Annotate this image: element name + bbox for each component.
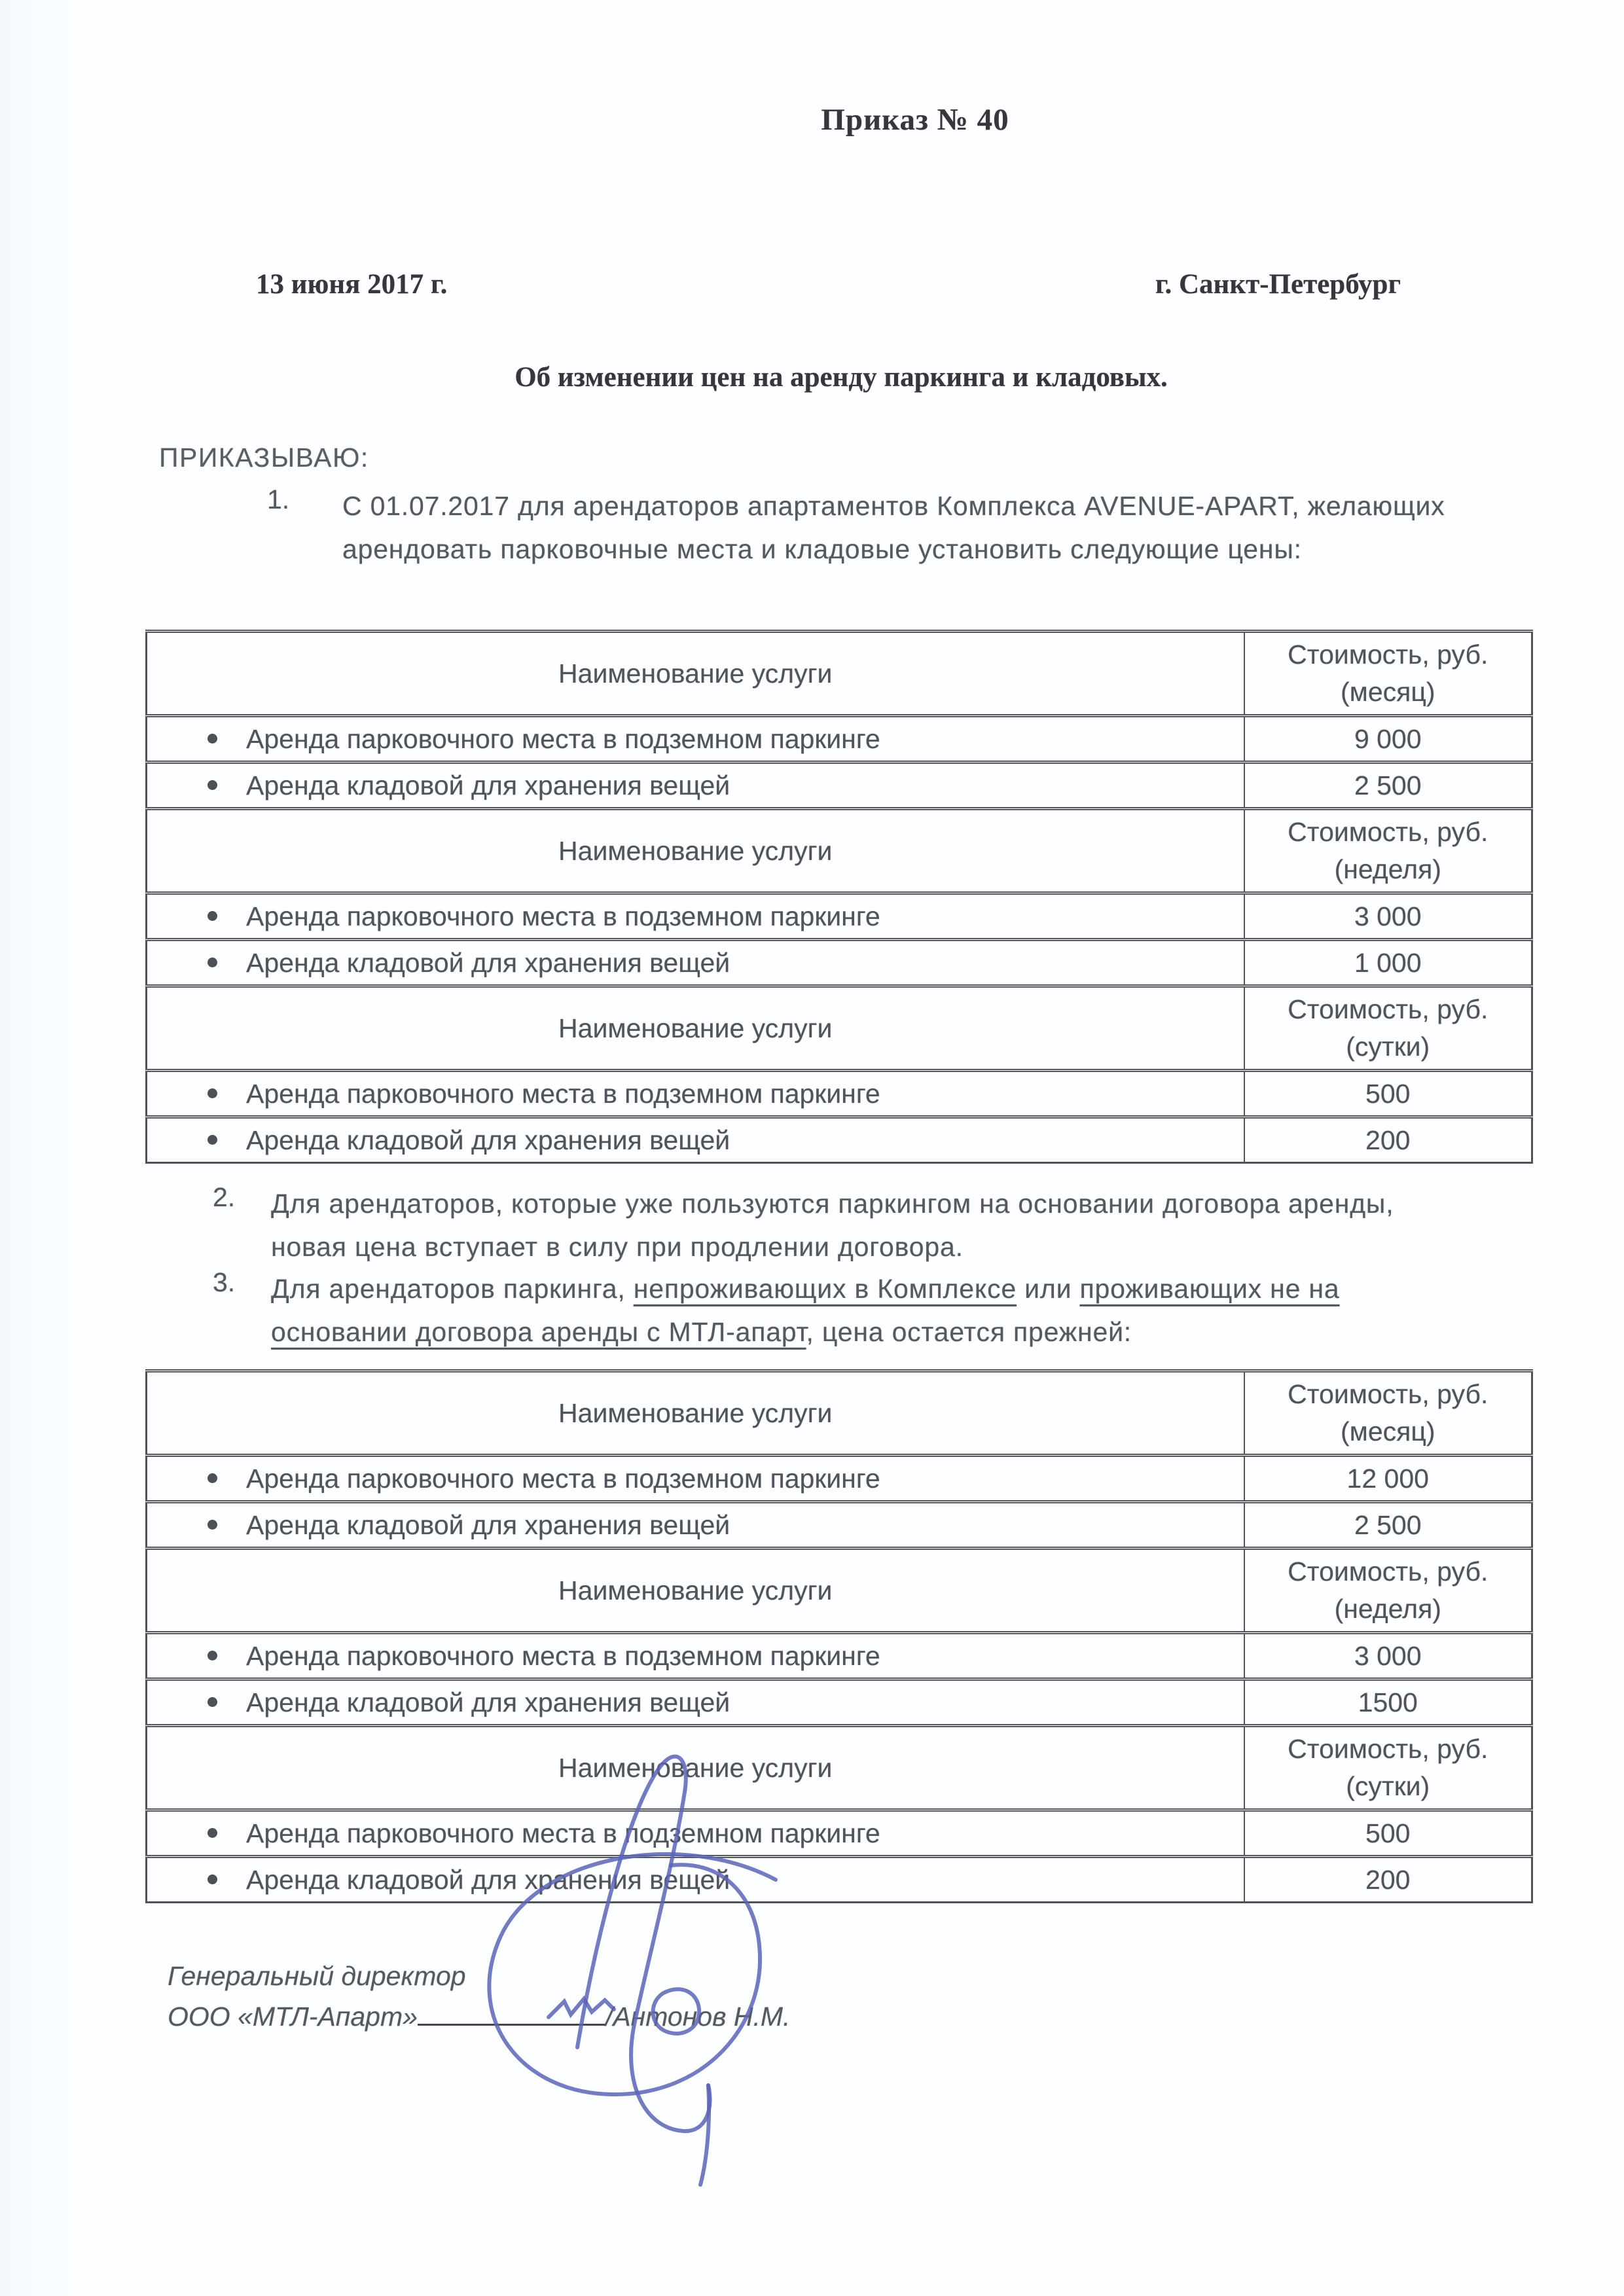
service-name-cell: Аренда парковочного места в подземном па… xyxy=(147,1633,1244,1679)
service-header-cell: Наименование услуги xyxy=(147,986,1244,1071)
item-text-line: новая цена вступает в силу при продлении… xyxy=(271,1225,1394,1268)
bullet-icon xyxy=(208,911,217,921)
service-name-cell: Аренда парковочного места в подземном па… xyxy=(147,1810,1244,1857)
signature-line: ООО «МТЛ-Апарт»/Антонов Н.М. xyxy=(168,2001,790,2032)
table-row: Аренда кладовой для хранения вещей2 500 xyxy=(147,1502,1532,1549)
item-text: Для арендаторов, которые уже пользуются … xyxy=(271,1182,1394,1268)
price-value-cell: 9 000 xyxy=(1244,716,1532,762)
service-name: Аренда парковочного места в подземном па… xyxy=(246,901,880,931)
service-header-cell: Наименование услуги xyxy=(147,632,1244,716)
service-name-cell: Аренда парковочного места в подземном па… xyxy=(147,1071,1244,1117)
signatory-company: ООО «МТЛ-Апарт» xyxy=(168,2001,418,2032)
service-header-cell: Наименование услуги xyxy=(147,809,1244,893)
bullet-icon xyxy=(208,734,217,744)
cost-header-period: (сутки) xyxy=(1246,1768,1531,1805)
service-name-cell: Аренда кладовой для хранения вещей xyxy=(147,1117,1244,1163)
cost-header-title: Стоимость, руб. xyxy=(1246,1731,1531,1768)
item-text-line: основании договора аренды с МТЛ-апарт, ц… xyxy=(271,1310,1339,1354)
cost-header-period: (месяц) xyxy=(1246,1413,1531,1450)
service-header-cell: Наименование услуги xyxy=(147,1371,1244,1456)
price-value-cell: 200 xyxy=(1244,1117,1532,1163)
price-value-cell: 500 xyxy=(1244,1071,1532,1117)
service-name-cell: Аренда парковочного места в подземном па… xyxy=(147,1456,1244,1502)
signature-tail xyxy=(700,2085,709,2185)
service-name-cell: Аренда кладовой для хранения вещей xyxy=(147,762,1244,809)
service-name-cell: Аренда кладовой для хранения вещей xyxy=(147,1502,1244,1549)
cost-header-period: (неделя) xyxy=(1246,1590,1531,1628)
bullet-icon xyxy=(208,1088,217,1098)
price-value-cell: 2 500 xyxy=(1244,1502,1532,1549)
signatory-name: /Антонов Н.М. xyxy=(605,2001,791,2032)
service-name: Аренда парковочного места в подземном па… xyxy=(246,1079,880,1109)
table-row: Аренда парковочного места в подземном па… xyxy=(147,1810,1532,1857)
cost-header-period: (неделя) xyxy=(1246,851,1531,888)
underlined-run: основании договора аренды с МТЛ-апарт xyxy=(271,1317,806,1347)
table-row: Аренда кладовой для хранения вещей1 000 xyxy=(147,940,1532,986)
price-value-cell: 3 000 xyxy=(1244,1633,1532,1679)
price-value-cell: 12 000 xyxy=(1244,1456,1532,1502)
document-title: Приказ № 40 xyxy=(821,102,1009,137)
signature-underscore-line xyxy=(418,2024,605,2026)
cost-header-cell: Стоимость, руб.(месяц) xyxy=(1244,632,1532,716)
text-run: Для арендаторов, которые уже пользуются … xyxy=(271,1189,1394,1219)
item-text-line: арендовать парковочные места и кладовые … xyxy=(342,528,1445,571)
service-name: Аренда кладовой для хранения вещей xyxy=(246,1865,730,1895)
price-table-old: Наименование услугиСтоимость, руб.(месяц… xyxy=(145,1369,1533,1903)
cost-header-title: Стоимость, руб. xyxy=(1246,814,1531,851)
service-name: Аренда парковочного места в подземном па… xyxy=(246,1641,880,1671)
document-city: г. Санкт-Петербург xyxy=(1155,268,1401,300)
order-lead-word: ПРИКАЗЫВАЮ: xyxy=(159,442,369,473)
cost-header-cell: Стоимость, руб.(неделя) xyxy=(1244,809,1532,893)
table-section-header-row: Наименование услугиСтоимость, руб.(месяц… xyxy=(147,632,1532,716)
document-subject: Об изменении цен на аренду паркинга и кл… xyxy=(514,361,1168,393)
service-name: Аренда парковочного места в подземном па… xyxy=(246,724,880,754)
table-row: Аренда парковочного места в подземном па… xyxy=(147,1456,1532,1502)
service-name: Аренда кладовой для хранения вещей xyxy=(246,948,730,978)
bullet-icon xyxy=(208,958,217,967)
bullet-icon xyxy=(208,780,217,790)
cost-header-title: Стоимость, руб. xyxy=(1246,636,1531,673)
service-header-cell: Наименование услуги xyxy=(147,1726,1244,1810)
text-run: Для арендаторов паркинга, xyxy=(271,1274,634,1304)
document-page: Приказ № 40 13 июня 2017 г. г. Санкт-Пет… xyxy=(0,0,1624,2296)
bullet-icon xyxy=(208,1651,217,1660)
table-section-header-row: Наименование услугиСтоимость, руб.(сутки… xyxy=(147,1726,1532,1810)
price-value-cell: 1 000 xyxy=(1244,940,1532,986)
service-name-cell: Аренда кладовой для хранения вещей xyxy=(147,1679,1244,1726)
price-table-new: Наименование услугиСтоимость, руб.(месяц… xyxy=(145,630,1533,1164)
text-run: С 01.07.2017 для арендаторов апартаменто… xyxy=(342,491,1445,521)
table-row: Аренда парковочного места в подземном па… xyxy=(147,893,1532,940)
bullet-icon xyxy=(208,1697,217,1707)
item-text-line: Для арендаторов, которые уже пользуются … xyxy=(271,1182,1394,1225)
service-name-cell: Аренда парковочного места в подземном па… xyxy=(147,716,1244,762)
service-header-cell: Наименование услуги xyxy=(147,1549,1244,1633)
price-value-cell: 3 000 xyxy=(1244,893,1532,940)
item-text: С 01.07.2017 для арендаторов апартаменто… xyxy=(342,484,1445,571)
service-name-cell: Аренда кладовой для хранения вещей xyxy=(147,940,1244,986)
cost-header-cell: Стоимость, руб.(неделя) xyxy=(1244,1549,1532,1633)
price-value-cell: 2 500 xyxy=(1244,762,1532,809)
bullet-icon xyxy=(208,1828,217,1838)
signatory-position: Генеральный директор xyxy=(168,1961,466,1992)
text-run: арендовать парковочные места и кладовые … xyxy=(342,534,1302,564)
service-name: Аренда парковочного места в подземном па… xyxy=(246,1463,880,1494)
table-row: Аренда кладовой для хранения вещей1500 xyxy=(147,1679,1532,1726)
cost-header-cell: Стоимость, руб.(месяц) xyxy=(1244,1371,1532,1456)
service-name: Аренда кладовой для хранения вещей xyxy=(246,1510,730,1540)
service-name-cell: Аренда кладовой для хранения вещей xyxy=(147,1857,1244,1903)
table-section-header-row: Наименование услугиСтоимость, руб.(месяц… xyxy=(147,1371,1532,1456)
item-text-line: Для арендаторов паркинга, непроживающих … xyxy=(271,1267,1339,1310)
cost-header-period: (месяц) xyxy=(1246,673,1531,711)
cost-header-title: Стоимость, руб. xyxy=(1246,991,1531,1028)
price-value-cell: 500 xyxy=(1244,1810,1532,1857)
cost-header-title: Стоимость, руб. xyxy=(1246,1553,1531,1590)
text-run: новая цена вступает в силу при продлении… xyxy=(271,1232,964,1262)
service-name: Аренда кладовой для хранения вещей xyxy=(246,1687,730,1717)
document-date: 13 июня 2017 г. xyxy=(256,268,447,300)
service-name: Аренда кладовой для хранения вещей xyxy=(246,1125,730,1155)
service-name: Аренда парковочного места в подземном па… xyxy=(246,1818,880,1848)
text-run: или xyxy=(1017,1274,1080,1304)
table-row: Аренда кладовой для хранения вещей2 500 xyxy=(147,762,1532,809)
table-section-header-row: Наименование услугиСтоимость, руб.(недел… xyxy=(147,1549,1532,1633)
service-name: Аренда кладовой для хранения вещей xyxy=(246,770,730,800)
item-number: 1. xyxy=(267,484,289,515)
cost-header-period: (сутки) xyxy=(1246,1028,1531,1066)
cost-header-title: Стоимость, руб. xyxy=(1246,1376,1531,1413)
table-row: Аренда кладовой для хранения вещей200 xyxy=(147,1857,1532,1903)
table-row: Аренда кладовой для хранения вещей200 xyxy=(147,1117,1532,1163)
cost-header-cell: Стоимость, руб.(сутки) xyxy=(1244,986,1532,1071)
bullet-icon xyxy=(208,1874,217,1884)
bullet-icon xyxy=(208,1135,217,1145)
table-row: Аренда парковочного места в подземном па… xyxy=(147,1633,1532,1679)
price-value-cell: 200 xyxy=(1244,1857,1532,1903)
bullet-icon xyxy=(208,1473,217,1483)
bullet-icon xyxy=(208,1520,217,1530)
item-number: 3. xyxy=(213,1267,235,1298)
underlined-run: проживающих не на xyxy=(1080,1274,1340,1304)
text-run: , цена остается прежней: xyxy=(806,1317,1132,1347)
table-row: Аренда парковочного места в подземном па… xyxy=(147,1071,1532,1117)
cost-header-cell: Стоимость, руб.(сутки) xyxy=(1244,1726,1532,1810)
item-text-line: С 01.07.2017 для арендаторов апартаменто… xyxy=(342,484,1445,528)
table-row: Аренда парковочного места в подземном па… xyxy=(147,716,1532,762)
price-value-cell: 1500 xyxy=(1244,1679,1532,1726)
table-section-header-row: Наименование услугиСтоимость, руб.(недел… xyxy=(147,809,1532,893)
item-number: 2. xyxy=(213,1182,235,1213)
service-name-cell: Аренда парковочного места в подземном па… xyxy=(147,893,1244,940)
item-text: Для арендаторов паркинга, непроживающих … xyxy=(271,1267,1339,1354)
table-section-header-row: Наименование услугиСтоимость, руб.(сутки… xyxy=(147,986,1532,1071)
underlined-run: непроживающих в Комплексе xyxy=(634,1274,1017,1304)
